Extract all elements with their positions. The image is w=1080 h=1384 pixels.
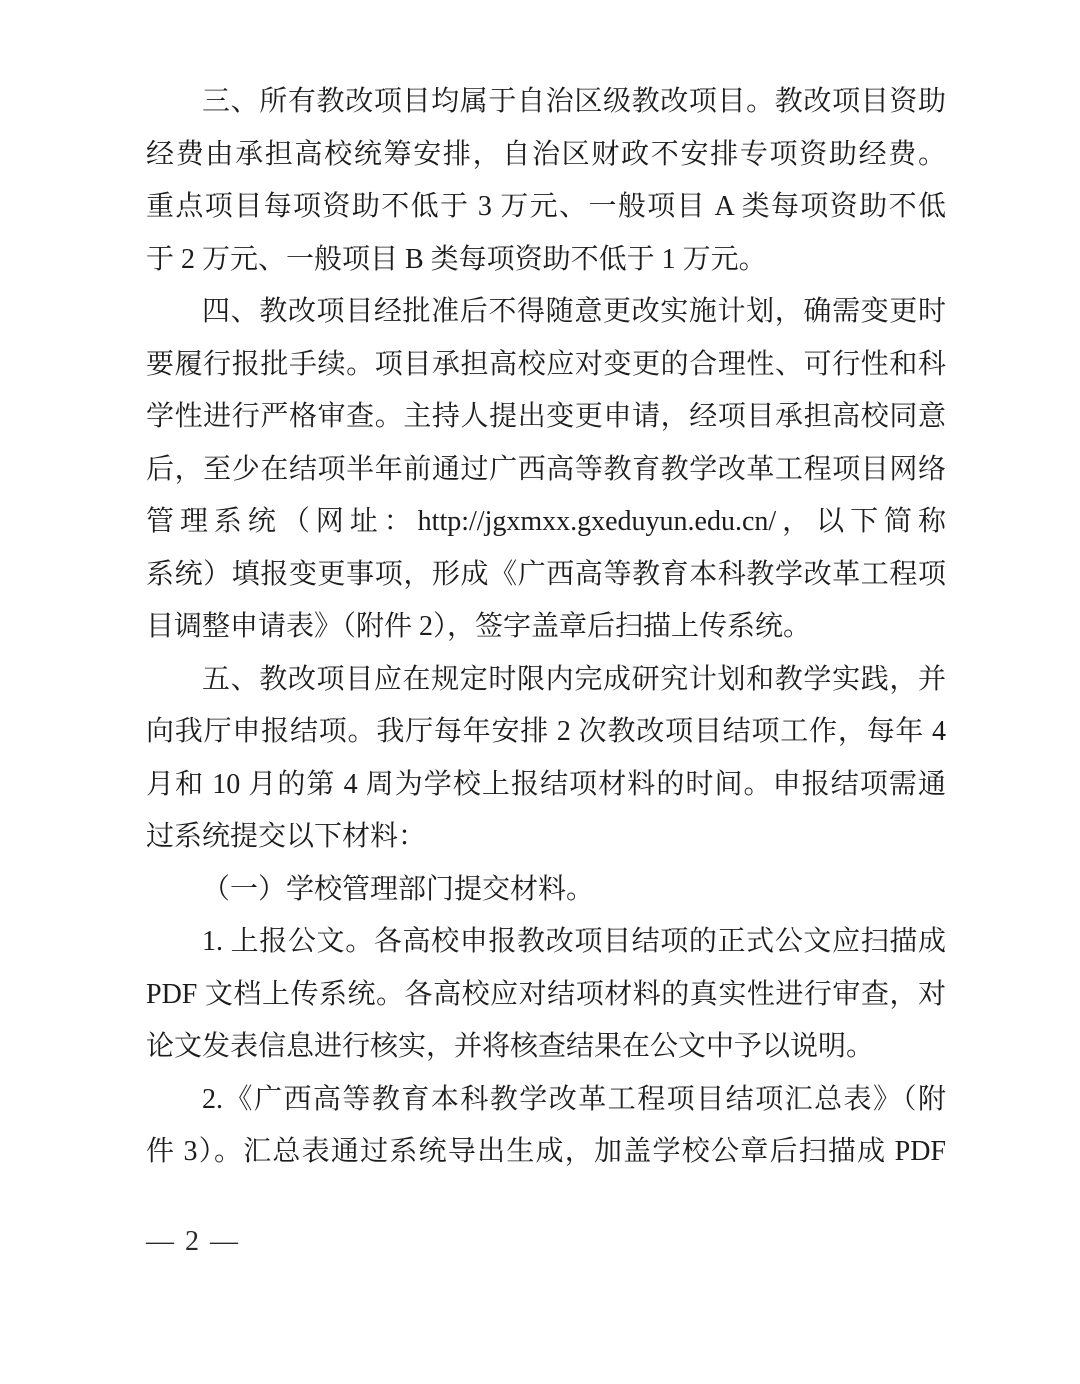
text-line: 目调整申请表》（附件 2），签字盖章后扫描上传系统。 [146, 601, 946, 654]
text-line: 经费由承担高校统筹安排，自治区财政不安排专项资助经费。 [146, 129, 946, 182]
text-line: 件 3）。汇总表通过系统导出生成，加盖学校公章后扫描成 PDF [146, 1126, 946, 1179]
text-line: 学性进行严格审查。主持人提出变更申请，经项目承担高校同意 [146, 391, 946, 444]
text-line: 向我厅申报结项。我厅每年安排 2 次教改项目结项工作，每年 4 [146, 706, 946, 759]
text-line: 后，至少在结项半年前通过广西高等教育教学改革工程项目网络 [146, 444, 946, 497]
paragraph-subheading-1: （一）学校管理部门提交材料。 [146, 864, 946, 917]
paragraph-numbered-1: 1. 上报公文。各高校申报教改项目结项的正式公文应扫描成 PDF 文档上传系统。… [146, 916, 946, 1074]
paragraph-item-3: 三、所有教改项目均属于自治区级教改项目。教改项目资助 经费由承担高校统筹安排，自… [146, 76, 946, 286]
text-line: 五、教改项目应在规定时限内完成研究计划和教学实践，并 [146, 654, 946, 707]
document-page: 三、所有教改项目均属于自治区级教改项目。教改项目资助 经费由承担高校统筹安排，自… [0, 0, 1080, 1384]
paragraph-item-5: 五、教改项目应在规定时限内完成研究计划和教学实践，并 向我厅申报结项。我厅每年安… [146, 654, 946, 864]
text-line: 四、教改项目经批准后不得随意更改实施计划，确需变更时 [146, 286, 946, 339]
text-line: 月和 10 月的第 4 周为学校上报结项材料的时间。申报结项需通 [146, 759, 946, 812]
text-line: PDF 文档上传系统。各高校应对结项材料的真实性进行审查，对 [146, 969, 946, 1022]
text-line: 于 2 万元、一般项目 B 类每项资助不低于 1 万元。 [146, 234, 946, 287]
text-line: 论文发表信息进行核实，并将核查结果在公文中予以说明。 [146, 1021, 946, 1074]
text-line: 1. 上报公文。各高校申报教改项目结项的正式公文应扫描成 [146, 916, 946, 969]
text-line: 管理系统（网址：http://jgxmxx.gxeduyun.edu.cn/，以… [146, 496, 946, 549]
page-number: — 2 — [146, 1224, 240, 1260]
text-line: （一）学校管理部门提交材料。 [146, 864, 946, 917]
document-body: 三、所有教改项目均属于自治区级教改项目。教改项目资助 经费由承担高校统筹安排，自… [146, 76, 946, 1179]
text-line: 过系统提交以下材料： [146, 811, 946, 864]
text-line: 重点项目每项资助不低于 3 万元、一般项目 A 类每项资助不低 [146, 181, 946, 234]
text-line: 三、所有教改项目均属于自治区级教改项目。教改项目资助 [146, 76, 946, 129]
text-line: 要履行报批手续。项目承担高校应对变更的合理性、可行性和科 [146, 339, 946, 392]
text-line: 系统）填报变更事项，形成《广西高等教育本科教学改革工程项 [146, 549, 946, 602]
text-line: 2.《广西高等教育本科教学改革工程项目结项汇总表》（附 [146, 1074, 946, 1127]
paragraph-numbered-2: 2.《广西高等教育本科教学改革工程项目结项汇总表》（附 件 3）。汇总表通过系统… [146, 1074, 946, 1179]
paragraph-item-4: 四、教改项目经批准后不得随意更改实施计划，确需变更时 要履行报批手续。项目承担高… [146, 286, 946, 654]
